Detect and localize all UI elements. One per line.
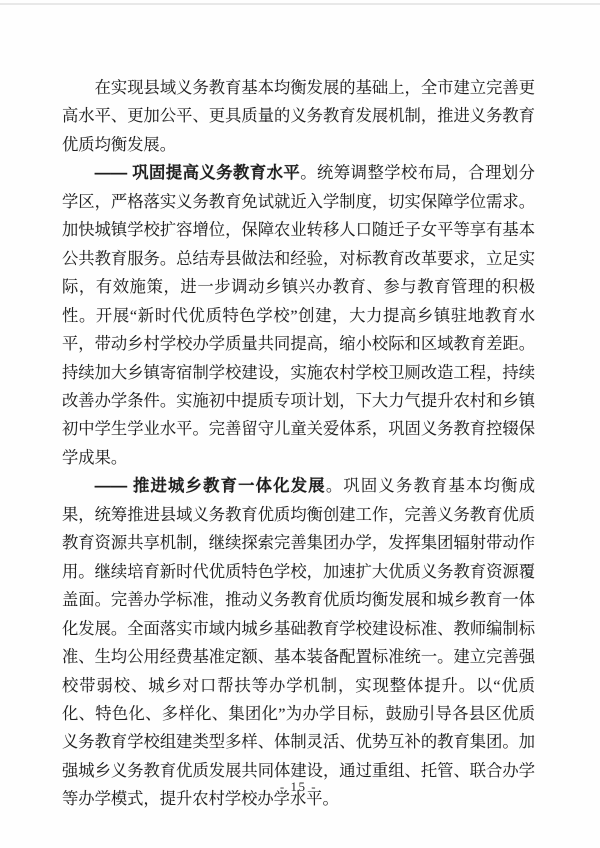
paragraph-urban-rural-integration: —— 推进城乡教育一体化发展。巩固义务教育基本均衡成果，统筹推进县域义务教育优质… xyxy=(62,472,535,813)
em-dash: —— xyxy=(95,477,133,495)
em-dash: —— xyxy=(95,164,133,182)
paragraph-consolidate-education: —— 巩固提高义务教育水平。统筹调整学校布局，合理划分学区，严格落实义务教育免试… xyxy=(62,159,535,472)
paragraph-text: 在实现县域义务教育基本均衡发展的基础上，全市建立完善更高水平、更加公平、更具质量… xyxy=(62,78,535,154)
scan-artifact-line xyxy=(0,3,600,5)
heading-punctuation: 。 xyxy=(300,163,317,182)
section-heading: 推进城乡教育一体化发展 xyxy=(133,477,326,495)
heading-punctuation: 。 xyxy=(326,476,344,495)
paragraph-text: 巩固义务教育基本均衡成果，统筹推进县域义务教育优质均衡创建工作，完善义务教育优质… xyxy=(62,476,535,808)
section-heading: 巩固提高义务教育水平 xyxy=(132,164,300,182)
paragraph-text: 统筹调整学校布局，合理划分学区，严格落实义务教育免试就近入学制度，切实保障学位需… xyxy=(62,163,535,467)
document-page: 在实现县域义务教育基本均衡发展的基础上，全市建立完善更高水平、更加公平、更具质量… xyxy=(0,0,600,848)
page-number: - 15 - xyxy=(62,779,535,795)
text-block: 在实现县域义务教育基本均衡发展的基础上，全市建立完善更高水平、更加公平、更具质量… xyxy=(62,74,535,814)
paragraph-intro: 在实现县域义务教育基本均衡发展的基础上，全市建立完善更高水平、更加公平、更具质量… xyxy=(62,74,535,159)
